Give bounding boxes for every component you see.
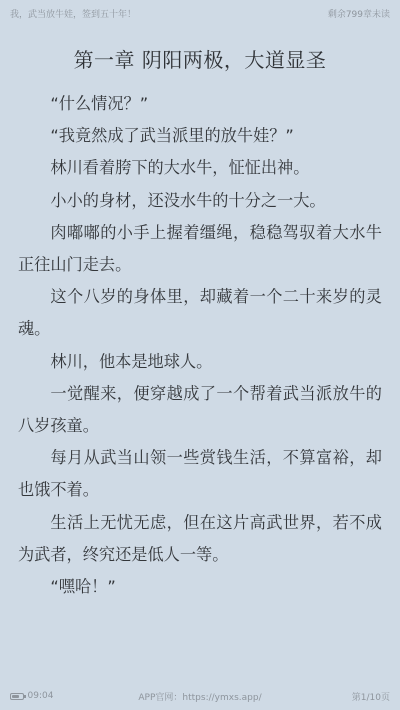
reader-header: 我，武当放牛娃，签到五十年！ 剩余799章未读 xyxy=(0,0,400,26)
paragraph: 生活上无忧无虑，但在这片高武世界，若不成为武者，终究还是低人一等。 xyxy=(18,507,382,571)
clock-time: 09:04 xyxy=(28,691,54,701)
paragraph: 肉嘟嘟的小手上握着缰绳，稳稳驾驭着大水牛正往山门走去。 xyxy=(18,217,382,281)
reader-footer: 09:04 APP官网：https://ymxs.app/ 第1/10页 xyxy=(0,682,400,710)
battery-icon xyxy=(10,693,26,700)
paragraph: 林川，他本是地球人。 xyxy=(18,346,382,378)
paragraph: “嘿哈！” xyxy=(18,571,382,603)
book-title: 我，武当放牛娃，签到五十年！ xyxy=(10,7,136,20)
paragraph: 林川看着胯下的大水牛，怔怔出神。 xyxy=(18,152,382,184)
chapter-title: 第一章 阴阳两极，大道显圣 xyxy=(0,44,400,73)
paragraph: “我竟然成了武当派里的放牛娃？” xyxy=(18,120,382,152)
remaining-chapters: 剩余799章未读 xyxy=(328,7,390,20)
paragraph: 小小的身材，还没水牛的十分之一大。 xyxy=(18,185,382,217)
page-indicator: 第1/10页 xyxy=(352,693,390,703)
paragraph: 每月从武当山领一些赏钱生活，不算富裕，却也饿不着。 xyxy=(18,442,382,506)
app-website-link[interactable]: APP官网：https://ymxs.app/ xyxy=(138,693,261,703)
paragraph: “什么情况？” xyxy=(18,88,382,120)
chapter-content[interactable]: “什么情况？” “我竟然成了武当派里的放牛娃？” 林川看着胯下的大水牛，怔怔出神… xyxy=(18,88,382,603)
paragraph: 这个八岁的身体里，却藏着一个二十来岁的灵魂。 xyxy=(18,281,382,345)
paragraph: 一觉醒来，便穿越成了一个帮着武当派放牛的八岁孩童。 xyxy=(18,378,382,442)
